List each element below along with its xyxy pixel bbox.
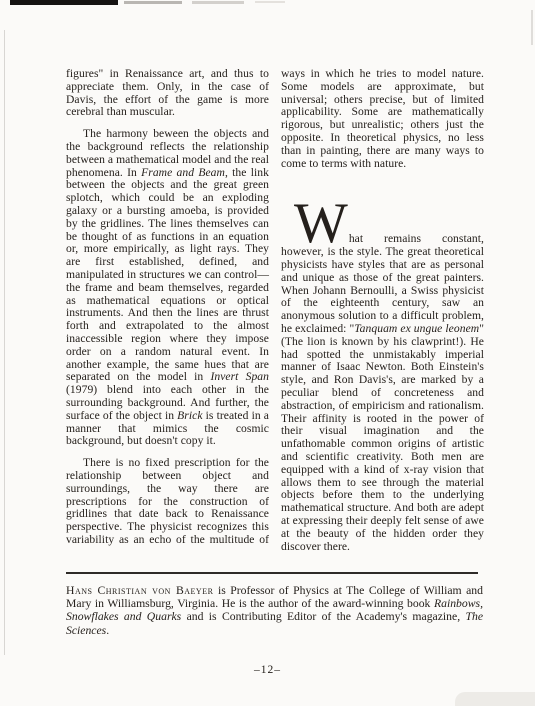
italic-text: Tanquam ex ungue leonem: [354, 322, 479, 335]
author-name-smallcaps: Hans Christian von Baeyer: [66, 584, 213, 597]
paragraph: ways in which he tries to model nature. …: [281, 68, 484, 170]
paragraph: figures" in Renaissance art, and thus to…: [66, 68, 269, 119]
italic-text: Invert Span: [210, 370, 269, 383]
scan-artifact-left-edge: [4, 30, 5, 655]
author-bio: Hans Christian von Baeyer is Professor o…: [66, 584, 483, 637]
dropcap-letter-w: W: [281, 192, 349, 255]
left-column: figures" in Renaissance art, and thus to…: [66, 68, 269, 553]
italic-text: Rainbows, Snowflakes and Quarks: [66, 597, 483, 623]
article-body: figures" in Renaissance art, and thus to…: [66, 68, 484, 553]
scan-artifact-top-mark: [124, 1, 182, 4]
page-number: –12–: [0, 664, 535, 676]
paragraph: The harmony beween the objects and the b…: [66, 128, 269, 448]
scan-artifact-bottom-smudge: [455, 692, 535, 706]
footer-divider: [66, 572, 478, 574]
scan-artifact-top-mark: [255, 1, 285, 3]
scanned-page: figures" in Renaissance art, and thus to…: [0, 0, 535, 706]
scan-artifact-top-strip: [10, 0, 118, 5]
italic-text: Frame and Beam: [141, 166, 225, 179]
scan-artifact-top-mark: [192, 1, 244, 4]
paragraph: There is no fixed prescription for the r…: [66, 457, 269, 547]
paragraph: What remains constant, however, is the s…: [281, 224, 484, 553]
scan-artifact-right-edge: [531, 10, 533, 45]
right-column: ways in which he tries to model nature. …: [281, 68, 484, 553]
italic-text: Brick: [177, 409, 202, 422]
